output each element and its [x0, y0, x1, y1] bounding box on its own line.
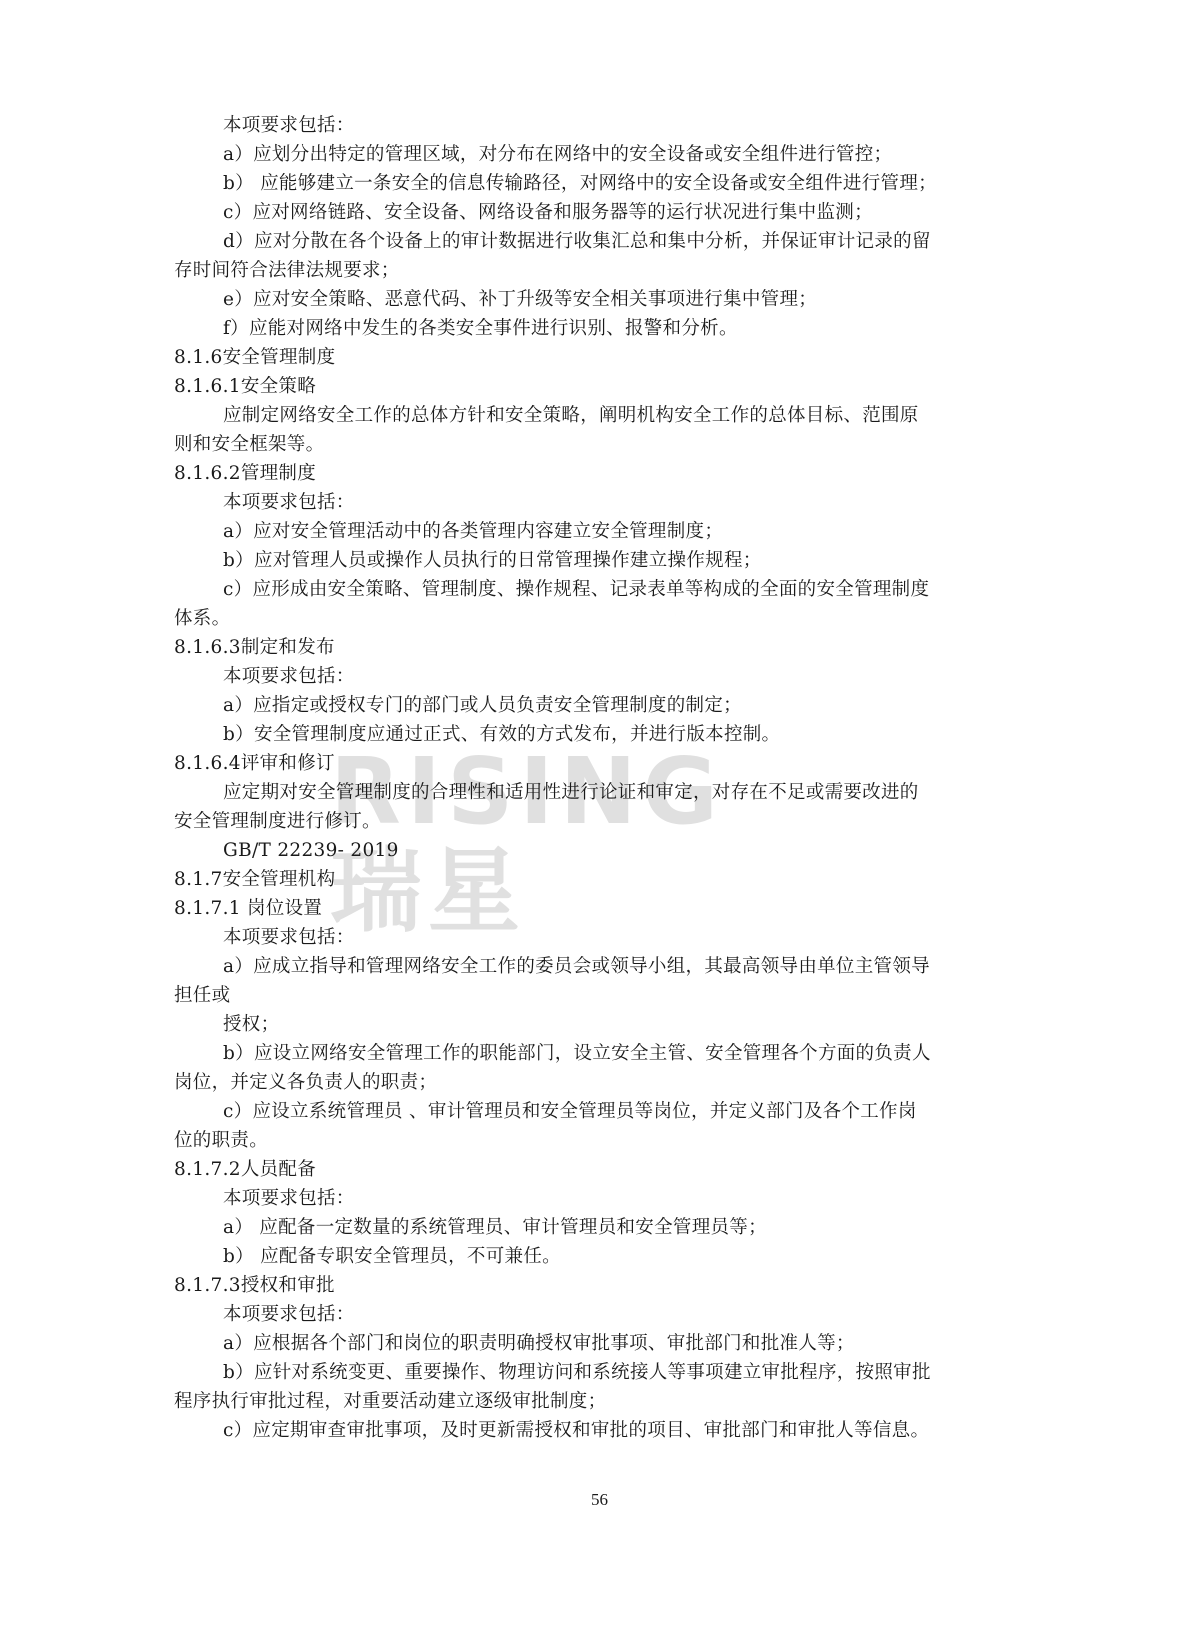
paragraph-line: b）应针对系统变更、重要操作、物理访问和系统接人等事项建立审批程序，按照审批: [223, 1359, 931, 1387]
paragraph-line: e）应对安全策略、恶意代码、补丁升级等安全相关事项进行集中管理；: [223, 286, 817, 314]
paragraph-line: 则和安全框架等。: [174, 431, 324, 459]
paragraph-line: b） 应配备专职安全管理员，不可兼任。: [223, 1243, 561, 1271]
paragraph-line: b）应设立网络安全管理工作的职能部门，设立安全主管、安全管理各个方面的负责人: [223, 1040, 931, 1068]
paragraph-line: 本项要求包括：: [223, 1185, 355, 1213]
paragraph-line: a）应划分出特定的管理区域，对分布在网络中的安全设备或安全组件进行管控；: [223, 141, 892, 169]
paragraph-line: 程序执行审批过程，对重要活动建立逐级审批制度；: [174, 1388, 606, 1416]
section-heading: 8.1.6.3制定和发布: [174, 634, 335, 662]
paragraph-line: 本项要求包括：: [223, 1301, 355, 1329]
paragraph-line: 本项要求包括：: [223, 489, 355, 517]
paragraph-line: a）应根据各个部门和岗位的职责明确授权审批事项、审批部门和批准人等；: [223, 1330, 855, 1358]
paragraph-line: f）应能对网络中发生的各类安全事件进行识别、报警和分析。: [223, 315, 738, 343]
paragraph-line: b）应对管理人员或操作人员执行的日常管理操作建立操作规程；: [223, 547, 762, 575]
paragraph-line: GB/T 22239- 2019: [223, 837, 399, 865]
paragraph-line: 岗位，并定义各负责人的职责；: [174, 1069, 437, 1097]
paragraph-line: 安全管理制度进行修订。: [174, 808, 381, 836]
paragraph-line: a）应对安全管理活动中的各类管理内容建立安全管理制度；: [223, 518, 723, 546]
paragraph-line: 应制定网络安全工作的总体方针和安全策略，阐明机构安全工作的总体目标、范围原: [223, 402, 919, 430]
paragraph-line: 担任或: [174, 982, 230, 1010]
section-heading: 8.1.7安全管理机构: [174, 866, 335, 894]
paragraph-line: a）应成立指导和管理网络安全工作的委员会或领导小组，其最高领导由单位主管领导: [223, 953, 930, 981]
section-heading: 8.1.6.1安全策略: [174, 373, 316, 401]
paragraph-line: 本项要求包括：: [223, 112, 355, 140]
page-number: 56: [0, 1490, 1199, 1510]
paragraph-line: 应定期对安全管理制度的合理性和适用性进行论证和审定，对存在不足或需要改进的: [223, 779, 919, 807]
paragraph-line: 存时间符合法律法规要求；: [174, 257, 400, 285]
paragraph-line: 位的职责。: [174, 1127, 268, 1155]
paragraph-line: 本项要求包括：: [223, 663, 355, 691]
section-heading: 8.1.6.4评审和修订: [174, 750, 335, 778]
section-heading: 8.1.7.3授权和审批: [174, 1272, 335, 1300]
paragraph-line: 体系。: [174, 605, 230, 633]
section-heading: 8.1.7.2人员配备: [174, 1156, 316, 1184]
paragraph-line: c）应对网络链路、安全设备、网络设备和服务器等的运行状况进行集中监测；: [223, 199, 873, 227]
section-heading: 8.1.6.2管理制度: [174, 460, 316, 488]
document-page: RISING 瑞星 本项要求包括：a）应划分出特定的管理区域，对分布在网络中的安…: [0, 0, 1199, 1627]
section-heading: 8.1.7.1 岗位设置: [174, 895, 322, 923]
paragraph-line: d）应对分散在各个设备上的审计数据进行收集汇总和集中分析，并保证审计记录的留: [223, 228, 931, 256]
paragraph-line: c）应设立系统管理员 、审计管理员和安全管理员等岗位，并定义部门及各个工作岗: [223, 1098, 917, 1126]
paragraph-line: 本项要求包括：: [223, 924, 355, 952]
paragraph-line: a）应指定或授权专门的部门或人员负责安全管理制度的制定；: [223, 692, 742, 720]
paragraph-line: 授权；: [223, 1011, 279, 1039]
paragraph-line: b）安全管理制度应通过正式、有效的方式发布，并进行版本控制。: [223, 721, 780, 749]
section-heading: 8.1.6安全管理制度: [174, 344, 335, 372]
paragraph-line: c）应定期审查审批事项，及时更新需授权和审批的项目、审批部门和审批人等信息。: [223, 1417, 929, 1445]
paragraph-line: b） 应能够建立一条安全的信息传输路径，对网络中的安全设备或安全组件进行管理；: [223, 170, 937, 198]
paragraph-line: c）应形成由安全策略、管理制度、操作规程、记录表单等构成的全面的安全管理制度: [223, 576, 929, 604]
paragraph-line: a） 应配备一定数量的系统管理员、审计管理员和安全管理员等；: [223, 1214, 767, 1242]
